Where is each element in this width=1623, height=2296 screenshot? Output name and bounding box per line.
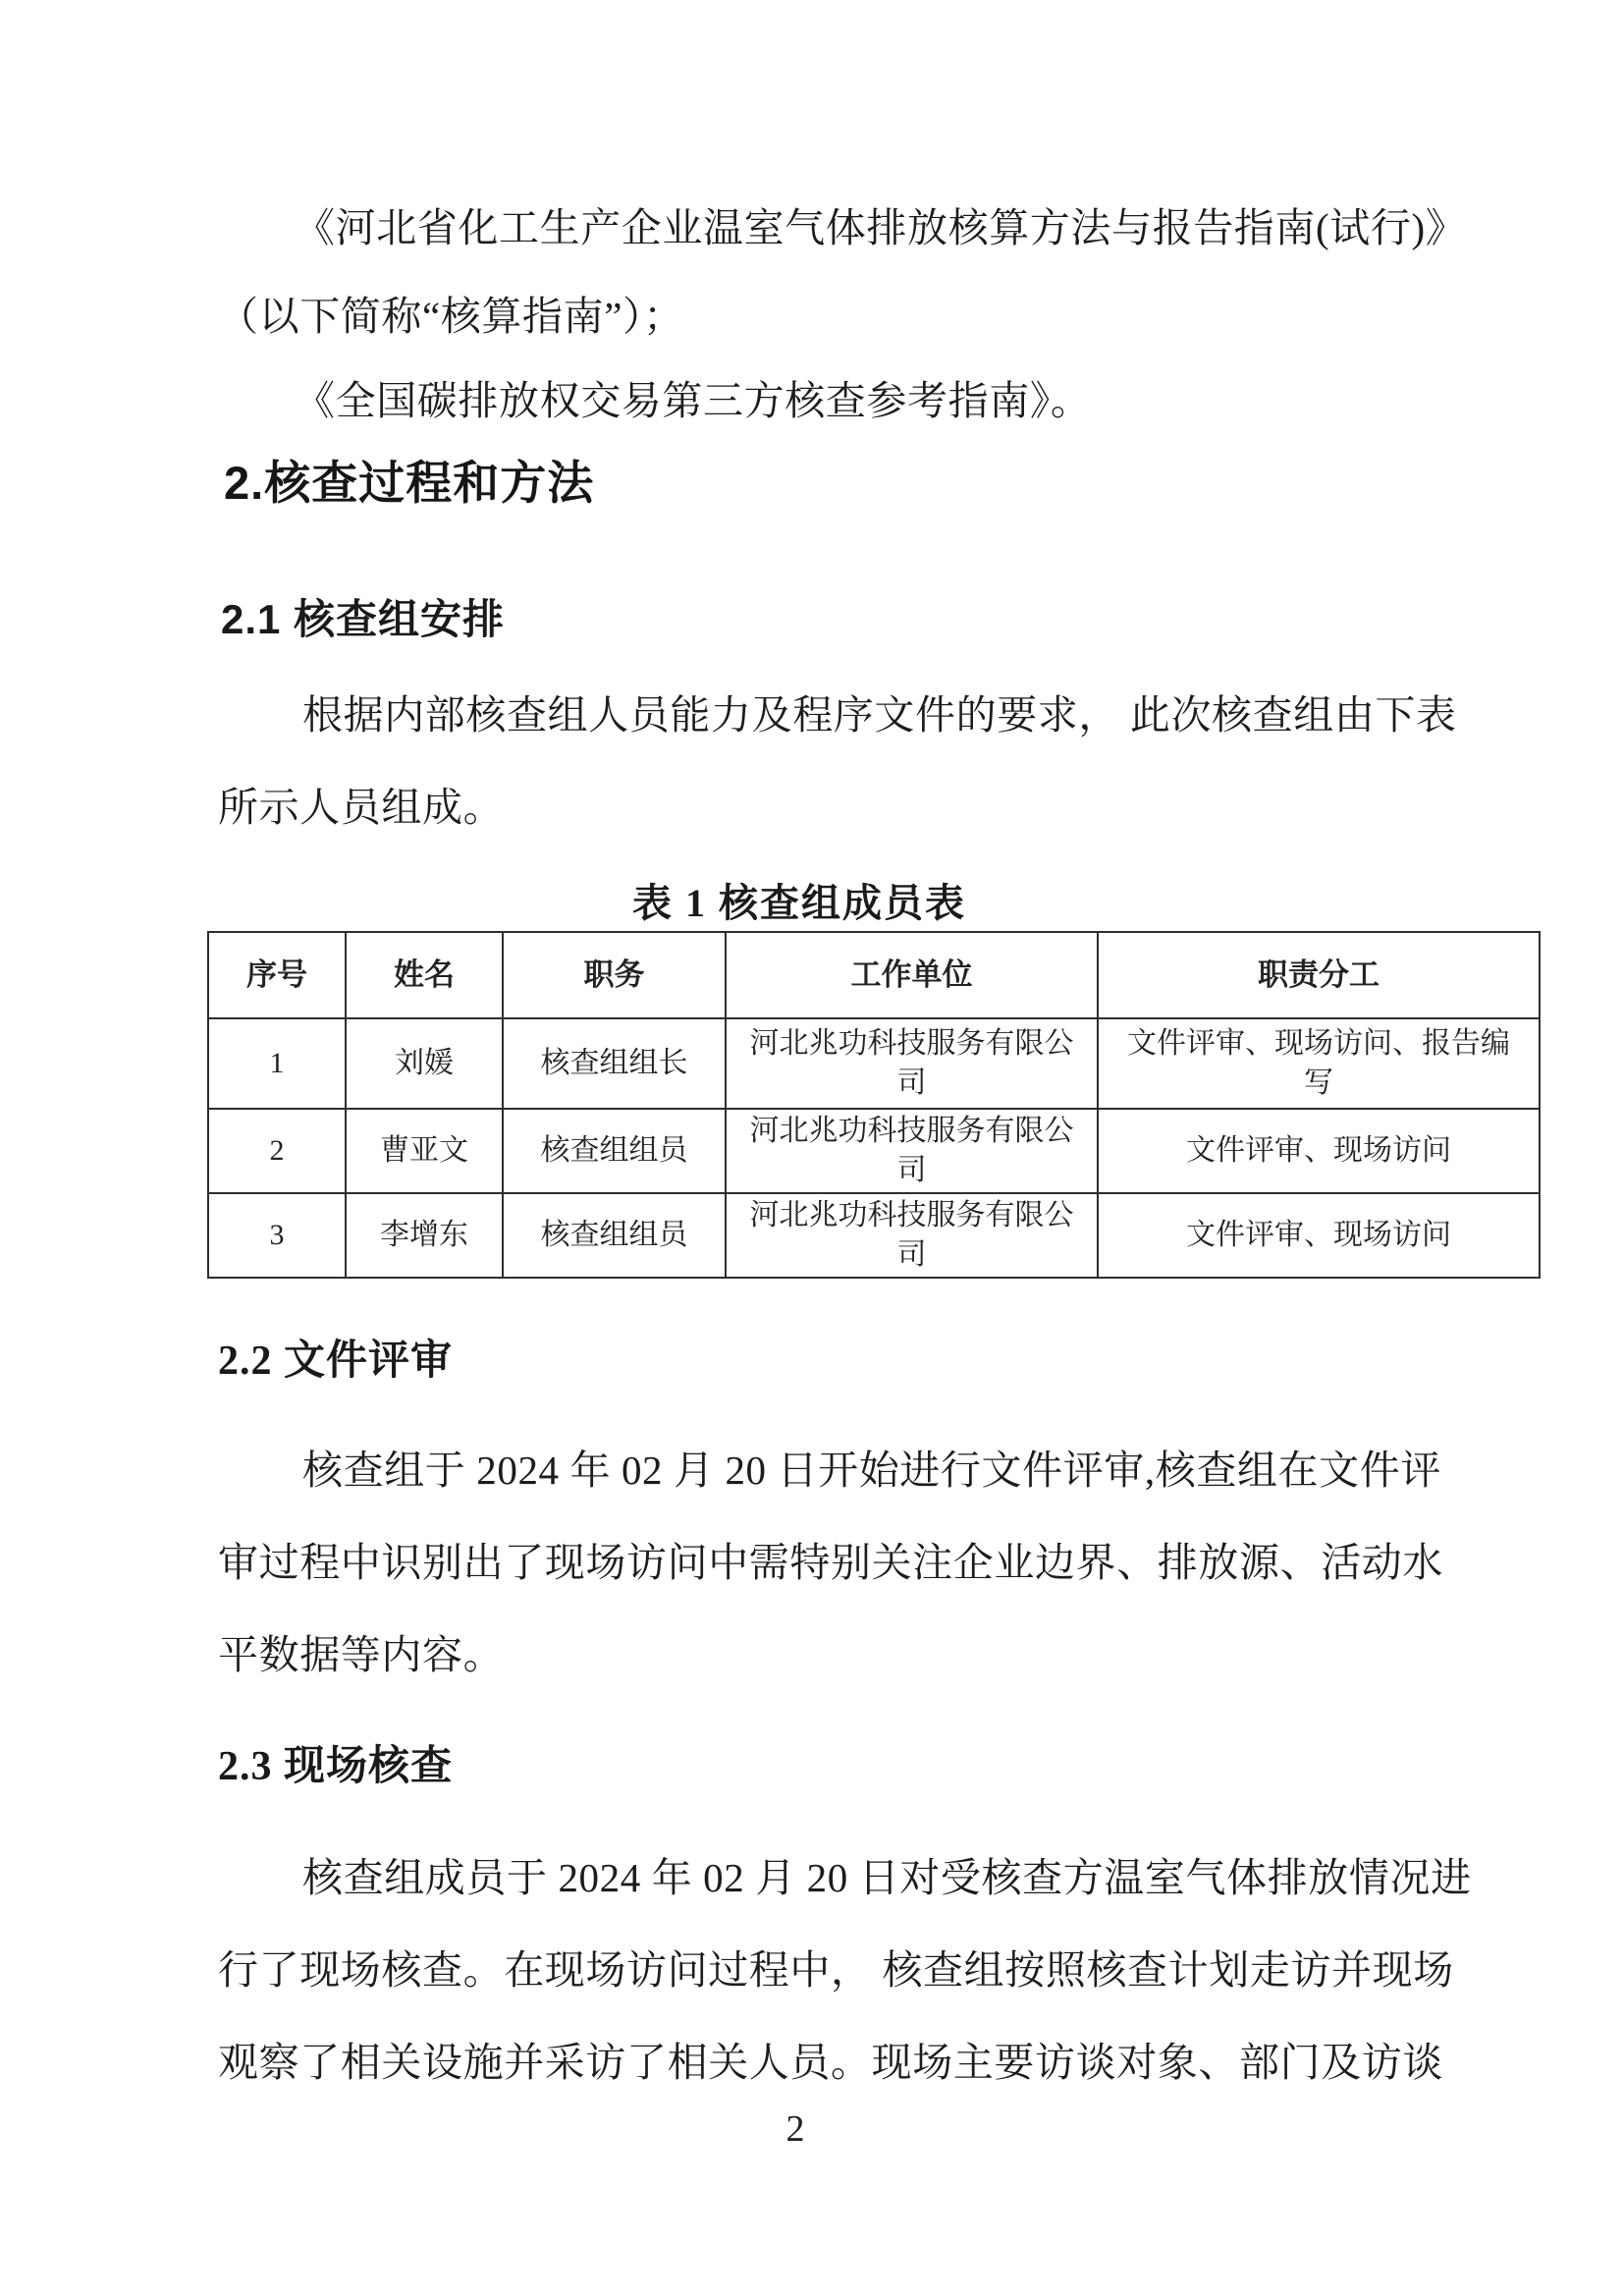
section-2-2-heading: 2.2 文件评审: [218, 1328, 453, 1387]
table-header-name: 姓名: [346, 932, 503, 1018]
section-2-1-heading: 2.1 核查组安排: [221, 587, 505, 646]
cell-no: 3: [208, 1193, 346, 1278]
section-2-heading: 2.核查过程和方法: [224, 447, 594, 513]
cell-org: 河北兆功科技服务有限公司: [726, 1018, 1098, 1109]
section-2-2-paragraph-line3: 平数据等内容。: [218, 1630, 504, 1680]
cell-org: 河北兆功科技服务有限公司: [726, 1109, 1098, 1193]
cell-org: 河北兆功科技服务有限公司: [726, 1193, 1098, 1278]
table-header-org: 工作单位: [726, 932, 1098, 1018]
cell-role: 核查组组长: [503, 1018, 726, 1109]
cell-role: 核查组组员: [503, 1109, 726, 1193]
section-2-3-paragraph-line3: 观察了相关设施并采访了相关人员。现场主要访谈对象、部门及访谈: [218, 2038, 1443, 2088]
page-number: 2: [0, 2107, 1591, 2151]
cell-no: 1: [208, 1018, 346, 1109]
table-header-duty: 职责分工: [1098, 932, 1540, 1018]
section-2-3-heading: 2.3 现场核查: [218, 1733, 453, 1792]
section-2-1-paragraph-line1: 根据内部核查组人员能力及程序文件的要求， 此次核查组由下表: [302, 690, 1457, 740]
cell-name: 李增东: [346, 1193, 503, 1278]
table-header-role: 职务: [503, 932, 726, 1018]
table-header-row: 序号 姓名 职务 工作单位 职责分工: [208, 932, 1540, 1018]
reference-guide1-line1: 《河北省化工生产企业温室气体排放核算方法与报告指南(试行)》: [295, 203, 1466, 253]
reference-guide1-line2: （以下简称“核算指南”）；: [218, 292, 684, 342]
section-2-2-paragraph-line1: 核查组于 2024 年 02 月 20 日开始进行文件评审,核查组在文件评: [302, 1446, 1441, 1496]
table-row: 2 曹亚文 核查组组员 河北兆功科技服务有限公司 文件评审、现场访问: [208, 1109, 1540, 1193]
cell-duty: 文件评审、现场访问、报告编写: [1098, 1018, 1540, 1109]
cell-name: 刘媛: [346, 1018, 503, 1109]
document-page: 《河北省化工生产企业温室气体排放核算方法与报告指南(试行)》 （以下简称“核算指…: [0, 0, 1623, 2296]
table-row: 3 李增东 核查组组员 河北兆功科技服务有限公司 文件评审、现场访问: [208, 1193, 1540, 1278]
cell-name: 曹亚文: [346, 1109, 503, 1193]
cell-duty: 文件评审、现场访问: [1098, 1109, 1540, 1193]
cell-duty: 文件评审、现场访问: [1098, 1193, 1540, 1278]
section-2-1-paragraph-line2: 所示人员组成。: [218, 783, 504, 833]
cell-no: 2: [208, 1109, 346, 1193]
section-2-3-paragraph-line2: 行了现场核查。在现场访问过程中， 核查组按照核查计划走访并现场: [218, 1945, 1454, 1995]
reference-guide2: 《全国碳排放权交易第三方核查参考指南》。: [295, 376, 1092, 426]
cell-role: 核查组组员: [503, 1193, 726, 1278]
section-2-3-paragraph-line1: 核查组成员于 2024 年 02 月 20 日对受核查方温室气体排放情况进: [302, 1853, 1472, 1903]
table-header-no: 序号: [208, 932, 346, 1018]
section-2-2-paragraph-line2: 审过程中识别出了现场访问中需特别关注企业边界、排放源、活动水: [218, 1538, 1443, 1588]
verification-team-table: 序号 姓名 职务 工作单位 职责分工 1 刘媛 核查组组长 河北兆功科技服务有限…: [207, 931, 1541, 1279]
table1-caption: 表 1 核查组成员表: [207, 872, 1391, 928]
table-row: 1 刘媛 核查组组长 河北兆功科技服务有限公司 文件评审、现场访问、报告编写: [208, 1018, 1540, 1109]
